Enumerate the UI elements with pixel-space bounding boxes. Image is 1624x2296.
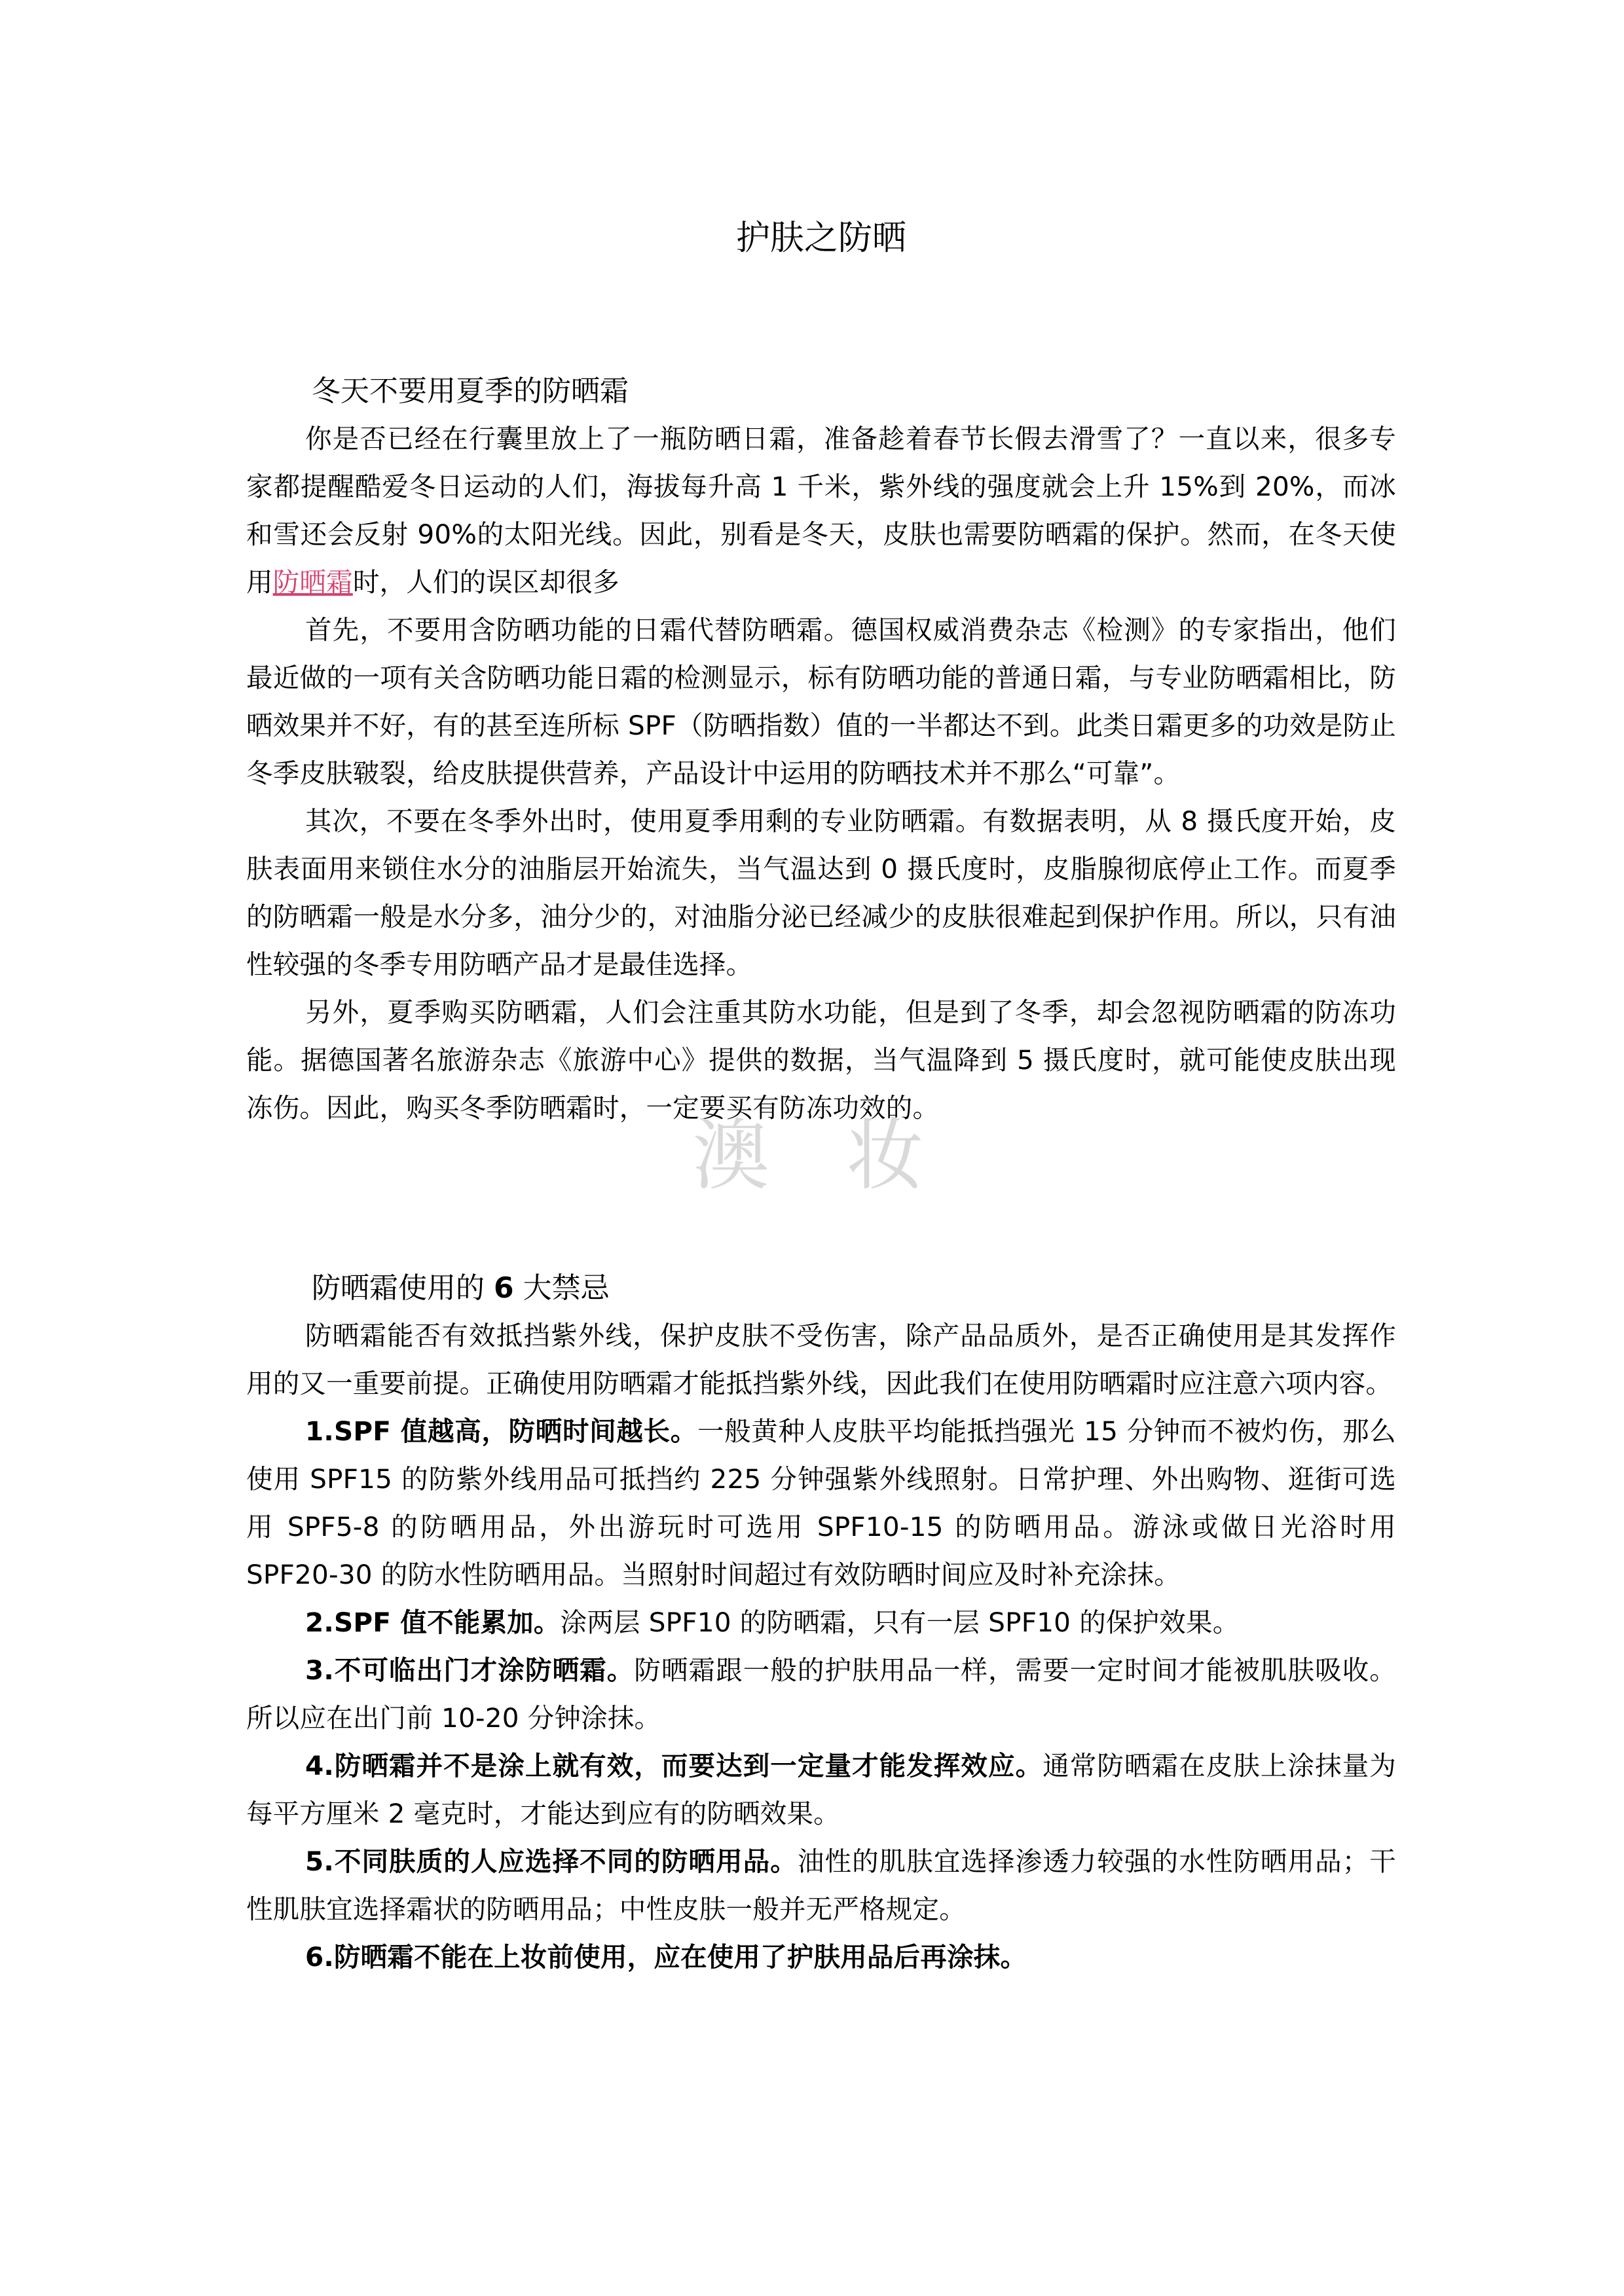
section-six-taboos: 防晒霜使用的 6 大禁忌 防晒霜能否有效抵挡紫外线，保护皮肤不受伤害，除产品品质… bbox=[246, 1265, 1396, 1981]
heading-text: 大禁忌 bbox=[514, 1271, 610, 1305]
document-title: 护肤之防晒 bbox=[246, 215, 1396, 262]
paragraph: 首先，不要用含防晒功能的日霜代替防晒霜。德国权威消费杂志《检测》的专家指出，他们… bbox=[246, 606, 1396, 797]
section-heading: 防晒霜使用的 6 大禁忌 bbox=[246, 1265, 1396, 1312]
rule-item: 1.SPF 值越高，防晒时间越长。一般黄种人皮肤平均能抵挡强光 15 分钟而不被… bbox=[246, 1408, 1396, 1599]
rule-title: 4.防晒霜并不是涂上就有效，而要达到一定量才能发挥效应。 bbox=[305, 1750, 1043, 1781]
rule-item: 2.SPF 值不能累加。涂两层 SPF10 的防晒霜，只有一层 SPF10 的保… bbox=[246, 1599, 1396, 1647]
paragraph: 其次，不要在冬季外出时，使用夏季用剩的专业防晒霜。有数据表明，从 8 摄氏度开始… bbox=[246, 797, 1396, 989]
rule-title: 2.SPF 值不能累加。 bbox=[305, 1607, 561, 1638]
rule-item: 3.不可临出门才涂防晒霜。防晒霜跟一般的护肤用品一样，需要一定时间才能被肌肤吸收… bbox=[246, 1647, 1396, 1742]
heading-number: 6 bbox=[494, 1271, 514, 1305]
section-winter-sunscreen: 冬天不要用夏季的防晒霜 你是否已经在行囊里放上了一瓶防晒日霜，准备趁着春节长假去… bbox=[246, 368, 1396, 1132]
heading-text: 防晒霜使用的 bbox=[312, 1271, 494, 1305]
rule-item: 4.防晒霜并不是涂上就有效，而要达到一定量才能发挥效应。通常防晒霜在皮肤上涂抹量… bbox=[246, 1742, 1396, 1838]
paragraph: 防晒霜能否有效抵挡紫外线，保护皮肤不受伤害，除产品品质外，是否正确使用是其发挥作… bbox=[246, 1312, 1396, 1408]
rule-title: 3.不可临出门才涂防晒霜。 bbox=[305, 1654, 634, 1686]
watermark: 澳 妆 bbox=[246, 1106, 1396, 1205]
rule-title: 5.不同肤质的人应选择不同的防晒用品。 bbox=[305, 1846, 798, 1877]
section-heading: 冬天不要用夏季的防晒霜 bbox=[246, 368, 1396, 415]
rule-text: 涂两层 SPF10 的防晒霜，只有一层 SPF10 的保护效果。 bbox=[561, 1607, 1240, 1638]
sunscreen-link[interactable]: 防晒霜 bbox=[273, 566, 353, 598]
rule-title: 6.防晒霜不能在上妆前使用，应在使用了护肤用品后再涂抹。 bbox=[305, 1941, 1027, 1973]
rule-title: 1.SPF 值越高，防晒时间越长。 bbox=[305, 1415, 697, 1447]
paragraph: 你是否已经在行囊里放上了一瓶防晒日霜，准备趁着春节长假去滑雪了？一直以来，很多专… bbox=[246, 415, 1396, 606]
rule-item: 6.防晒霜不能在上妆前使用，应在使用了护肤用品后再涂抹。 bbox=[246, 1933, 1396, 1981]
rule-item: 5.不同肤质的人应选择不同的防晒用品。油性的肌肤宜选择渗透力较强的水性防晒用品；… bbox=[246, 1838, 1396, 1933]
paragraph-text: 时，人们的误区却很多 bbox=[353, 566, 619, 598]
